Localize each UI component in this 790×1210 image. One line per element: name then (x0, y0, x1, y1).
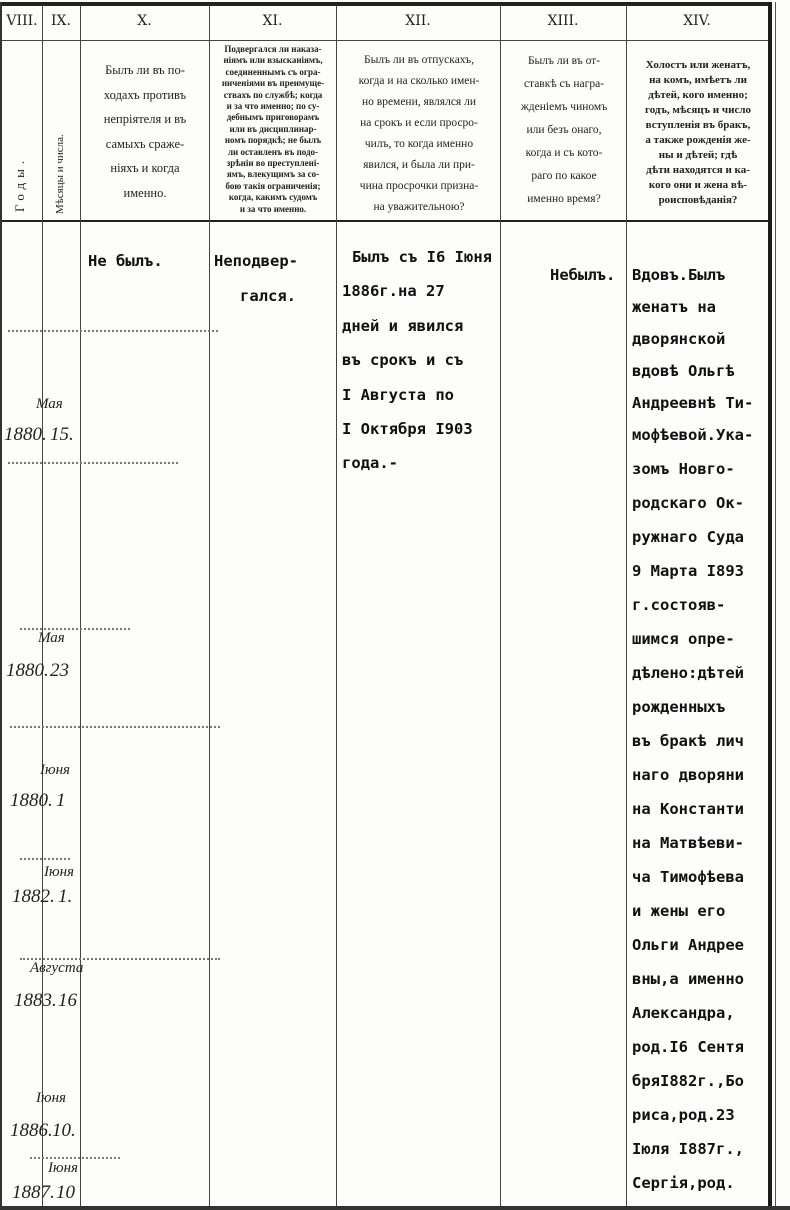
entry-year: 1880. (4, 424, 47, 446)
col-xiv-answer-line: Андреевнѣ Ти- (632, 394, 753, 412)
col-divider-12-13 (500, 6, 501, 1206)
entry-year: 1882. (12, 886, 55, 908)
frame-right-border (768, 2, 772, 1208)
col-xiii-answer: Небылъ. (550, 266, 615, 284)
col-xiv-answer-line: шимся опре- (632, 630, 735, 648)
col-header-ix: IX. (42, 8, 80, 34)
col-label-years: Годы. (12, 156, 28, 212)
col-xiv-answer-line: на Матвѣеви- (632, 834, 744, 852)
col-xiv-answer-line: женатъ на (632, 298, 716, 316)
col-xii-answer-line: Былъ съ I6 Іюня (352, 248, 492, 266)
col-xiv-answer-line: Вдовъ.Былъ (632, 266, 725, 284)
col-xiv-answer-line: вдовѣ Ольгѣ (632, 362, 735, 380)
col-xiv-answer-line: дворянской (632, 330, 725, 348)
col-xiv-answer-line: г.состояв- (632, 596, 725, 614)
entry-month: Іюня (48, 1160, 78, 1177)
col-xiv-answer-line: наго дворяни (632, 766, 744, 784)
col-xiv-answer-line: дѣлено:дѣтей (632, 664, 744, 682)
col-question-x: Былъ ли въ по- ходахъ противъ непріятеля… (82, 58, 208, 205)
col-xiv-answer-line: родскаго Ок- (632, 494, 744, 512)
col-header-x: X. (80, 8, 209, 34)
col-x-answer: Не былъ. (88, 252, 163, 270)
col-xiv-answer-line: риса,род.23 (632, 1106, 735, 1124)
entry-year: 1880. (10, 790, 53, 812)
col-xii-answer-line: I Августа по (342, 386, 454, 404)
entry-day: 23 (50, 660, 69, 682)
col-divider-13-14 (626, 6, 627, 1206)
col-question-xiv: Холостъ или женатъ, на комъ, имѣетъ ли д… (628, 58, 768, 208)
entry-day: 10 (56, 1182, 75, 1204)
frame-bottom-border (0, 1206, 790, 1210)
col-xii-answer-line: года.- (342, 454, 398, 472)
dotted-separator (8, 462, 178, 464)
col-xiv-answer-line: мофѣевой.Ука- (632, 426, 753, 444)
entry-year: 1886. (10, 1120, 53, 1142)
entry-month: Іюня (36, 1090, 66, 1107)
dotted-separator (20, 858, 70, 860)
frame-left-border (0, 2, 2, 1208)
col-xiv-answer-line: вны,а именно (632, 970, 744, 988)
dotted-separator (20, 628, 130, 630)
col-xiv-answer-line: въ бракѣ лич (632, 732, 744, 750)
entry-year: 1883. (14, 990, 57, 1012)
col-question-xii: Былъ ли въ отпускахъ, когда и на сколько… (338, 50, 500, 218)
dotted-separator (10, 726, 220, 728)
col-xii-answer-line: 1886г.на 27 (342, 282, 445, 300)
entry-month: Мая (38, 630, 65, 647)
frame-right-border-inner (775, 2, 776, 1208)
col-divider-8-9 (42, 6, 43, 1206)
col-xiv-answer-line: Ольги Андрее (632, 936, 744, 954)
col-xii-answer-line: въ срокъ и съ (342, 351, 463, 369)
header-numbers-divider (2, 40, 768, 41)
frame-top-border (0, 2, 770, 6)
col-xi-answer-line: гался. (240, 287, 296, 305)
col-xiv-answer-line: ча Тимофѣева (632, 868, 744, 886)
entry-month: Августа (30, 960, 83, 977)
entry-year: 1880. (6, 660, 49, 682)
col-xiv-answer-line: бряI882г.,Бо (632, 1072, 744, 1090)
col-question-xiii: Былъ ли въ от- ставкѣ съ награ- жденіемъ… (502, 50, 626, 211)
entry-day: 1 (56, 790, 66, 812)
entry-month: Іюня (44, 864, 74, 881)
entry-day: 15. (50, 424, 74, 446)
col-xiv-answer-line: на Константи (632, 800, 744, 818)
col-xiv-answer-line: Іюля I887г., (632, 1140, 744, 1158)
col-header-xiii: XIII. (500, 8, 626, 34)
col-xiv-answer-line: зомъ Новго- (632, 460, 735, 478)
dotted-separator (30, 1157, 120, 1159)
col-xi-answer-line: Неподвер- (214, 252, 298, 270)
col-xiv-answer-line: рожденныхъ (632, 698, 725, 716)
entry-day: 16 (58, 990, 77, 1012)
col-xii-answer-line: дней и явился (342, 317, 463, 335)
col-header-viii: VIII. (2, 8, 42, 34)
entry-month: Іюня (40, 762, 70, 779)
entry-day: 10. (52, 1120, 76, 1142)
col-header-xiv: XIV. (626, 8, 768, 34)
entry-year: 1887. (12, 1182, 55, 1204)
col-header-xi: XI. (209, 8, 336, 34)
col-xiv-answer-line: Александра, (632, 1004, 735, 1022)
entry-month: Мая (36, 396, 63, 413)
col-xiv-answer-line: Сергія,род. (632, 1174, 735, 1192)
col-xiv-answer-line: 9 Марта I893 (632, 562, 744, 580)
service-record-page: VIII. IX. X. XI. XII. XIII. XIV. Годы. М… (0, 0, 790, 1210)
col-xii-answer-line: I Октября I903 (342, 420, 473, 438)
col-question-xi: Подвергался ли наказа- ніямъ или взыскан… (210, 44, 336, 215)
entry-day: 1. (58, 886, 72, 908)
col-label-months-days: Мѣсяцы и числа. (54, 134, 66, 214)
col-xiv-answer-line: род.I6 Сентя (632, 1038, 744, 1056)
dotted-separator (8, 330, 218, 332)
header-bottom-divider (2, 220, 768, 222)
col-divider-11-12 (336, 6, 337, 1206)
col-header-xii: XII. (336, 8, 500, 34)
col-xiv-answer-line: и жены его (632, 902, 725, 920)
col-xiv-answer-line: ружнаго Суда (632, 528, 744, 546)
col-divider-9-10 (80, 6, 81, 1206)
